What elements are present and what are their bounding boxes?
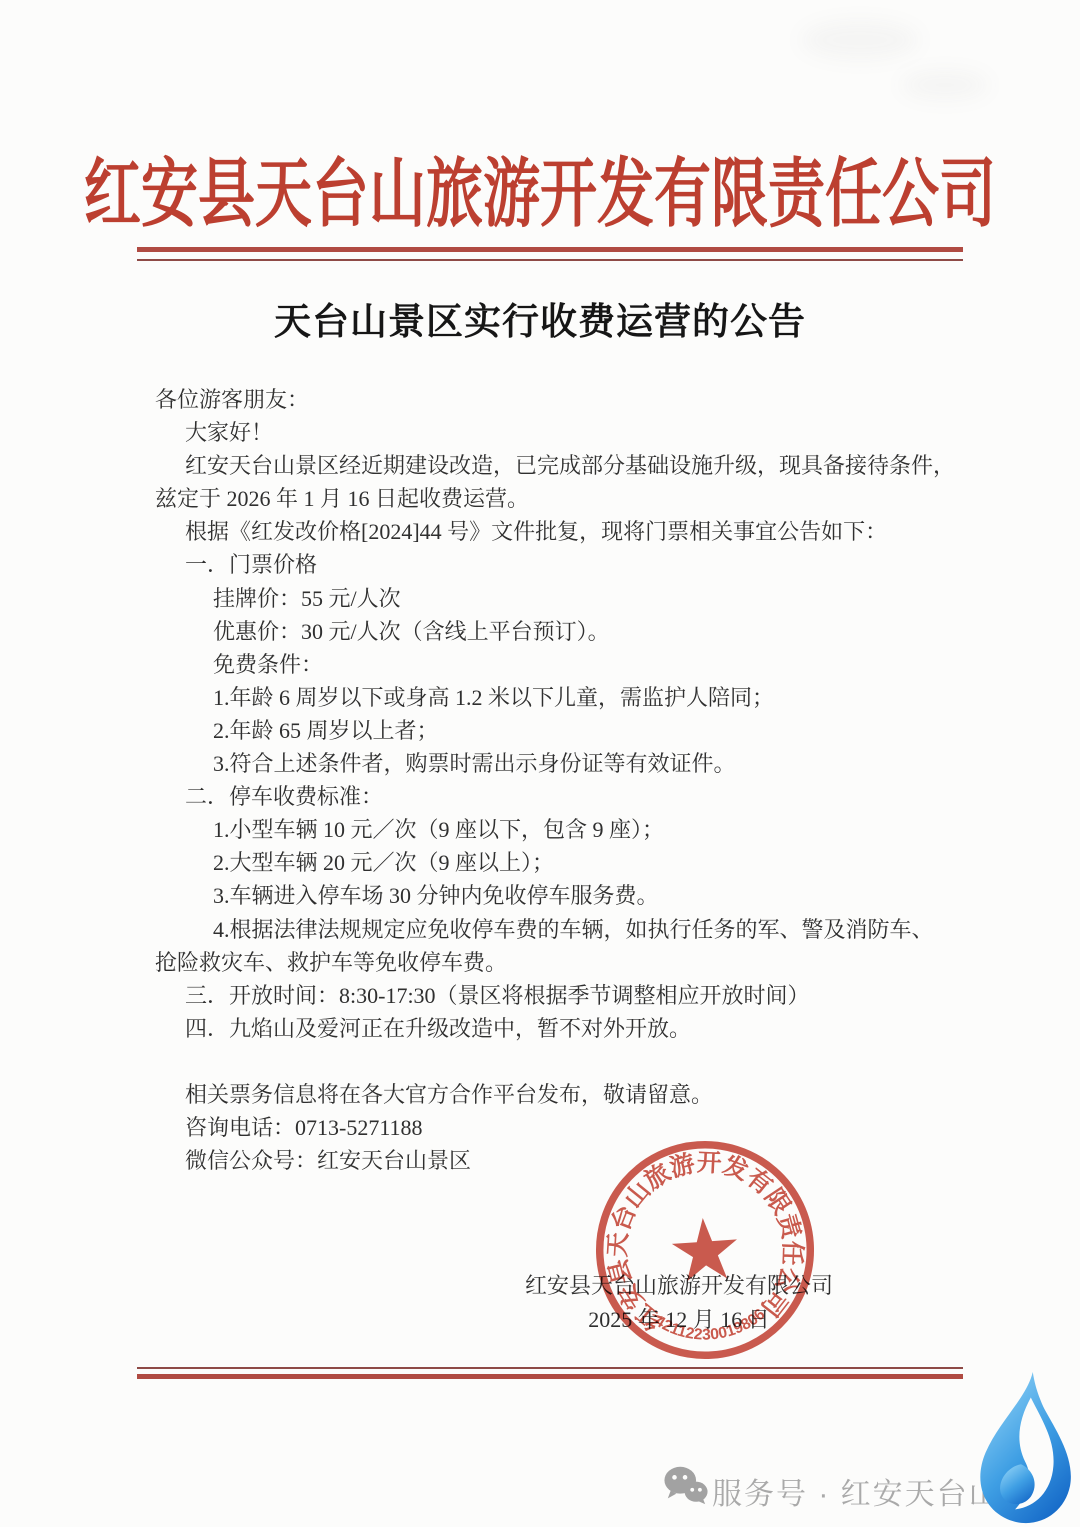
body-line: 挂牌价：55 元/人次 <box>155 582 955 615</box>
paper-smudge <box>800 20 920 60</box>
wechat-account-line: 微信公众号：红安天台山景区 <box>155 1144 955 1177</box>
body-line: 兹定于 2026 年 1 月 16 日起收费运营。 <box>155 482 955 515</box>
notice-title: 天台山景区实行收费运营的公告 <box>0 291 1080 345</box>
body-line: 四．九焰山及爱河正在升级改造中，暂不对外开放。 <box>155 1012 955 1045</box>
body-line: 相关票务信息将在各大官方合作平台发布，敬请留意。 <box>155 1078 955 1111</box>
body-line: 1.年龄 6 周岁以下或身高 1.2 米以下儿童，需监护人陪同； <box>155 681 955 714</box>
body-line: 根据《红发改价格[2024]44 号》文件批复，现将门票相关事宜公告如下： <box>155 515 955 548</box>
body-line: 免费条件： <box>155 648 955 681</box>
body-line: 2.大型车辆 20 元／次（9 座以上）； <box>155 846 955 879</box>
body-line: 3.符合上述条件者，购票时需出示身份证等有效证件。 <box>155 747 955 780</box>
body-line: 抢险救灾车、救护车等免收停车费。 <box>155 946 955 979</box>
wechat-icon <box>663 1464 709 1506</box>
body-line: 一．门票价格 <box>155 548 955 581</box>
body-line: 大家好！ <box>155 416 955 449</box>
company-letterhead: 红安县天台山旅游开发有限责任公司 <box>0 156 1080 216</box>
notice-page: 红安县天台山旅游开发有限责任公司 天台山景区实行收费运营的公告 各位游客朋友： … <box>0 0 1080 1527</box>
body-line: 1.小型车辆 10 元／次（9 座以下，包含 9 座）； <box>155 813 955 846</box>
waterdrop-logo <box>962 1370 1080 1527</box>
body-line: 3.车辆进入停车场 30 分钟内免收停车服务费。 <box>155 879 955 912</box>
header-rule-thick <box>137 247 963 252</box>
header-rule-thin <box>137 259 963 261</box>
footer-rule-thick <box>137 1374 963 1379</box>
body-line: 二．停车收费标准： <box>155 780 955 813</box>
footer-rule-thin <box>137 1367 963 1369</box>
official-seal: 红安县天台山旅游开发有限责任公司 42112230019806 <box>585 1128 824 1371</box>
company-letterhead-text: 红安县天台山旅游开发有限责任公司 <box>84 156 996 235</box>
body-line: 各位游客朋友： <box>155 383 955 416</box>
blank-line <box>155 1045 955 1078</box>
body-line: 红安天台山景区经近期建设改造，已完成部分基础设施升级，现具备接待条件， <box>155 449 955 482</box>
body-line: 2.年龄 65 周岁以上者； <box>155 714 955 747</box>
notice-body: 各位游客朋友： 大家好！ 红安天台山景区经近期建设改造，已完成部分基础设施升级，… <box>155 383 955 1177</box>
body-line: 优惠价：30 元/人次（含线上平台预订）。 <box>155 615 955 648</box>
contact-phone-line: 咨询电话：0713-5271188 <box>155 1111 955 1144</box>
body-line: 4.根据法律法规规定应免收停车费的车辆，如执行任务的军、警及消防车、 <box>155 913 955 946</box>
seal-star-icon <box>670 1216 739 1283</box>
paper-smudge <box>900 70 990 100</box>
body-line: 三．开放时间：8:30-17:30（景区将根据季节调整相应开放时间） <box>155 979 955 1012</box>
